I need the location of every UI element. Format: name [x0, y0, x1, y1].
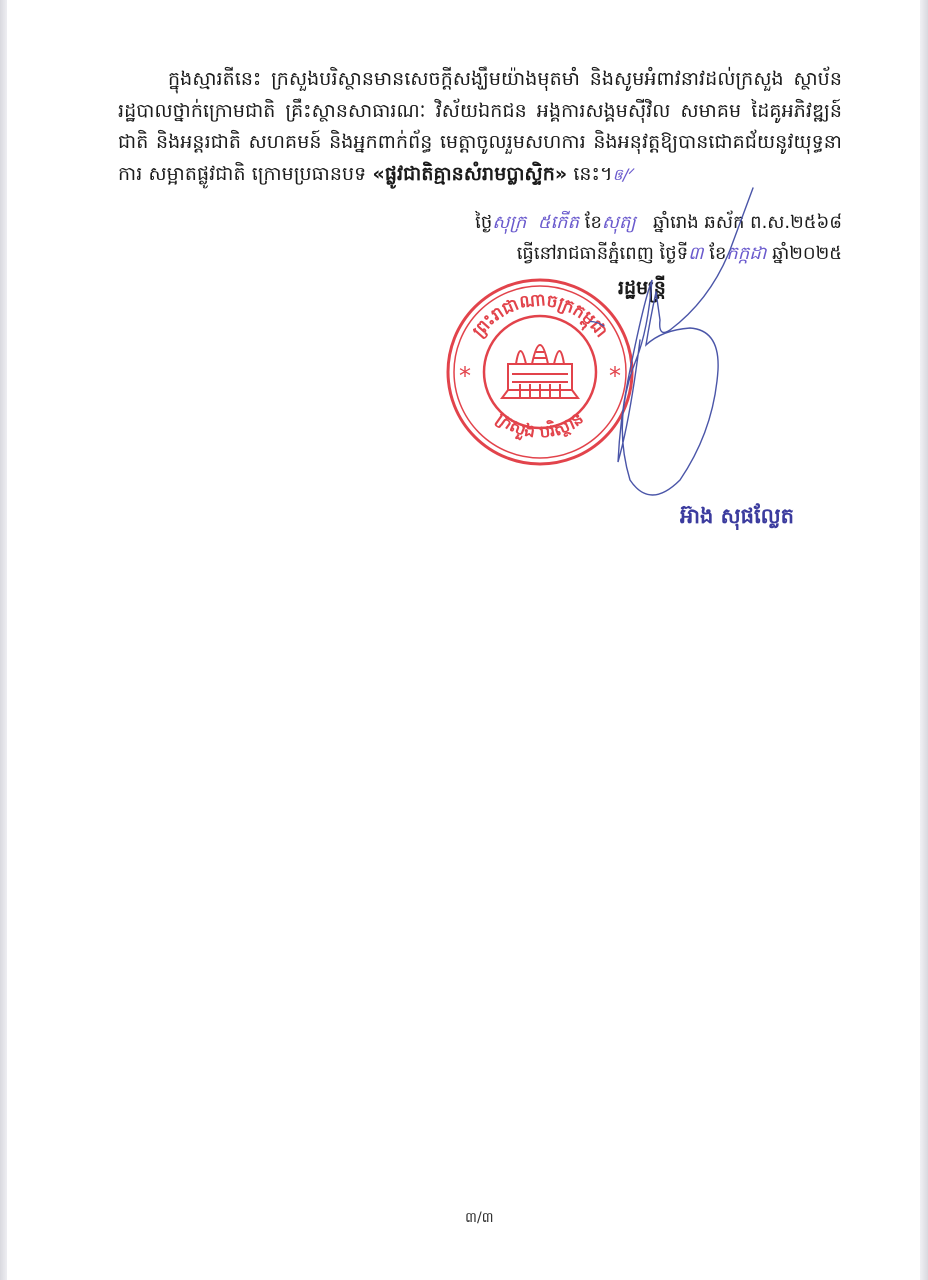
page-number: ៣/៣ [465, 1208, 494, 1229]
svg-text:*: * [459, 362, 471, 390]
page-edge-left [0, 0, 7, 1280]
svg-text:ក្រសួង បរិស្ថាន: ក្រសួង បរិស្ថាន [492, 408, 587, 442]
body-paragraph: ក្នុងស្មារតីនេះ ក្រសួងបរិស្ថានមានសេចក្តី… [118, 64, 842, 190]
weekday-handwritten: សុក្រ [492, 212, 526, 233]
handwritten-signature [590, 180, 770, 520]
lunar-day-handwritten: ៥កើត [538, 212, 579, 233]
campaign-title: «ផ្លូវជាតិគ្មានសំរាមប្លាស្ទិក» [372, 163, 567, 185]
stamp-bottom-text: ក្រសួង បរិស្ថាន [492, 408, 587, 442]
signatory-name: អ៊ាង សុផល្លែត [680, 503, 794, 534]
page-edge-right [920, 0, 928, 1280]
solar-year-text: ឆ្នាំ២០២៥ [766, 243, 842, 264]
signature-icon [590, 180, 770, 520]
lunar-day-label: ថ្ងៃ [475, 212, 492, 233]
